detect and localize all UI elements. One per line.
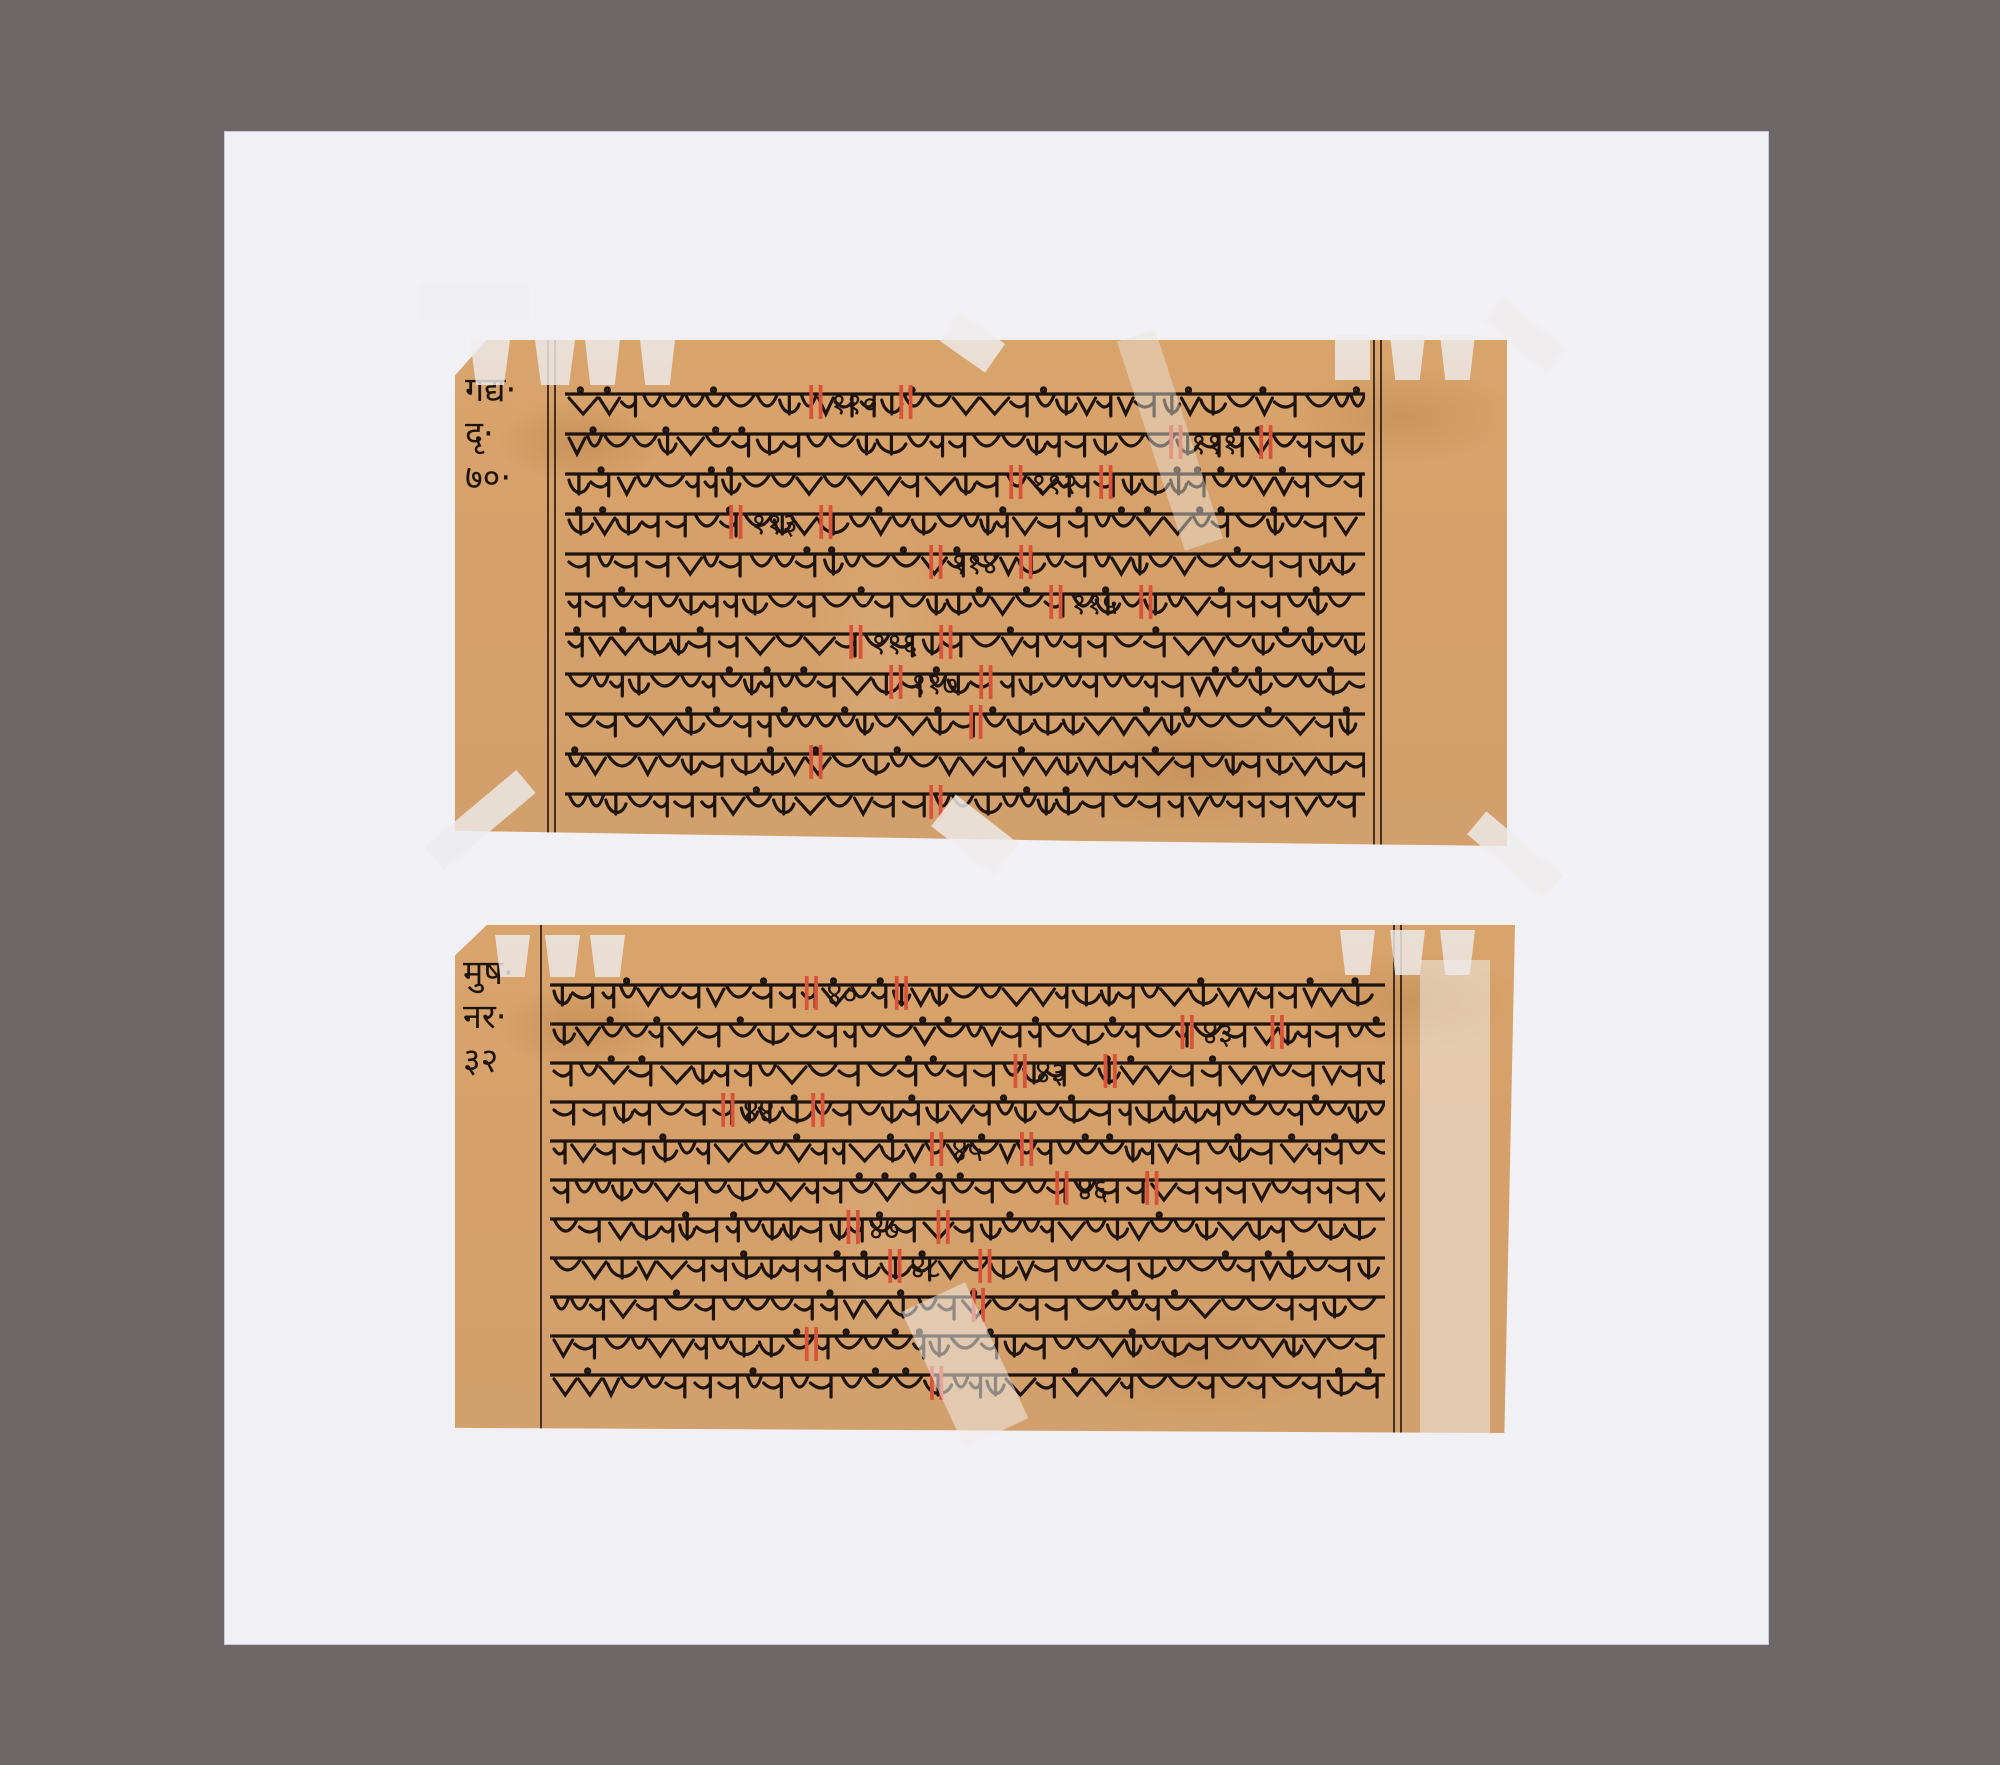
rubric-double-danda: ||: [1095, 460, 1114, 500]
rubric-double-danda: ||: [884, 1244, 903, 1284]
tape-strip: [420, 285, 530, 320]
rubric-double-danda: ||: [1016, 1127, 1035, 1167]
rubric-double-danda: ||: [895, 380, 914, 420]
verse-number: ४६: [1077, 1168, 1108, 1209]
text-line: [550, 1094, 1385, 1128]
verse-number: ४५: [952, 1129, 983, 1170]
rubric-double-danda: ||: [1009, 1049, 1028, 1089]
text-line: [550, 1172, 1385, 1206]
verse-number: ११४: [951, 542, 998, 583]
text-line: [565, 626, 1365, 660]
rubric-double-danda: ||: [845, 620, 864, 660]
verse-number: ११२: [1031, 462, 1078, 503]
rubric-double-danda: ||: [925, 540, 944, 580]
rubric-double-danda: ||: [801, 1322, 820, 1362]
left-margin-rule-inner: [554, 340, 556, 846]
text-line: [565, 586, 1365, 620]
verse-number: १११: [1191, 422, 1238, 463]
tape-strip: [585, 340, 620, 385]
rubric-double-danda: ||: [1266, 1010, 1285, 1050]
rubric-double-danda: ||: [885, 660, 904, 700]
tape-strip: [535, 340, 575, 385]
rubric-double-danda: ||: [842, 1205, 861, 1245]
text-line: [550, 1250, 1385, 1284]
rubric-double-danda: ||: [1176, 1010, 1195, 1050]
tape-strip: [470, 340, 510, 385]
rubric-double-danda: ||: [1051, 1166, 1070, 1206]
rubric-double-danda: ||: [805, 740, 824, 780]
text-line: [565, 386, 1365, 420]
verse-number: ४७: [868, 1207, 899, 1248]
rubric-double-danda: ||: [965, 700, 984, 740]
verse-number: ४०: [827, 973, 858, 1014]
left-margin-rule: [540, 925, 542, 1433]
rubric-double-danda: ||: [935, 620, 954, 660]
verse-number: ४४: [743, 1090, 774, 1131]
tape-strip: [1390, 335, 1425, 380]
text-line: [565, 666, 1365, 700]
tape-strip: [1340, 930, 1375, 975]
verse-number: ११६: [871, 622, 918, 663]
manuscript-folio-top: गद्य· दृ· ७०· ||११०||||१११||||११२||||११३…: [455, 340, 1507, 846]
rubric-double-danda: ||: [805, 380, 824, 420]
rubric-double-danda: ||: [1045, 580, 1064, 620]
left-margin-rule: [547, 340, 549, 846]
verse-number: ११७: [911, 662, 958, 703]
text-line: [565, 466, 1365, 500]
rubric-double-danda: ||: [932, 1205, 951, 1245]
tape-strip: [590, 935, 625, 977]
text-line: [550, 1211, 1385, 1245]
right-margin-rule: [1393, 925, 1395, 1433]
rubric-double-danda: ||: [891, 971, 910, 1011]
rubric-double-danda: ||: [1135, 580, 1154, 620]
rubric-double-danda: ||: [815, 500, 834, 540]
rubric-double-danda: ||: [1099, 1049, 1118, 1089]
right-margin-rule-inner: [1400, 925, 1402, 1433]
tape-strip: [495, 935, 530, 977]
rubric-double-danda: ||: [1141, 1166, 1160, 1206]
rubric-double-danda: ||: [1015, 540, 1034, 580]
rubric-double-danda: ||: [1005, 460, 1024, 500]
rubric-double-danda: ||: [1255, 420, 1274, 460]
tape-strip: [1420, 960, 1490, 1435]
rubric-double-danda: ||: [717, 1088, 736, 1128]
rubric-double-danda: ||: [926, 1127, 945, 1167]
text-line: [565, 746, 1365, 780]
rubric-double-danda: ||: [807, 1088, 826, 1128]
verse-number: ११०: [831, 382, 878, 423]
rubric-double-danda: ||: [975, 660, 994, 700]
rubric-double-danda: ||: [725, 500, 744, 540]
text-line: [550, 1055, 1385, 1089]
tape-strip: [1335, 335, 1370, 380]
verse-number: ११५: [1071, 582, 1118, 623]
text-line: [565, 426, 1365, 460]
verse-number: ४३: [1035, 1051, 1066, 1092]
tape-strip: [1440, 335, 1475, 380]
folio-margin-label: गद्य· दृ· ७०·: [465, 368, 516, 500]
verse-number: ४३: [1202, 1012, 1233, 1053]
right-margin-rule-inner: [1380, 340, 1382, 846]
text-line: [550, 1016, 1385, 1050]
rubric-double-danda: ||: [801, 971, 820, 1011]
tape-strip: [545, 935, 580, 977]
verse-number: ११३: [751, 502, 798, 543]
text-line: [565, 506, 1365, 540]
verse-number: ४८: [910, 1246, 941, 1287]
right-margin-rule: [1373, 340, 1375, 846]
rubric-double-danda: ||: [974, 1244, 993, 1284]
tape-strip: [640, 340, 675, 385]
text-line: [550, 977, 1385, 1011]
